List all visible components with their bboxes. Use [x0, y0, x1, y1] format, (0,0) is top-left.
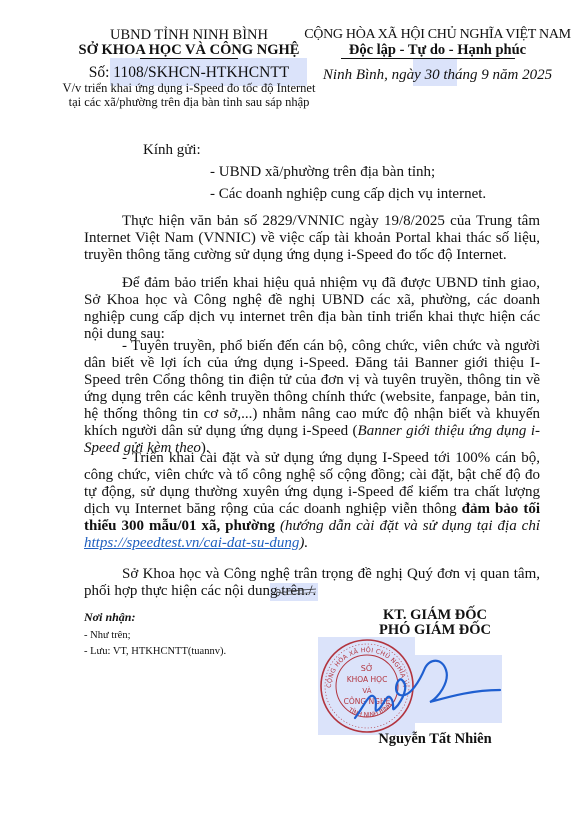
- date-day: 30: [425, 67, 440, 83]
- document-subject: V/v triển khai ứng dụng i-Speed đo tốc đ…: [60, 81, 318, 109]
- signature-icon: [350, 650, 510, 730]
- signer-name: Nguyễn Tất Nhiên: [300, 731, 570, 748]
- body-paragraph: - Triển khai cài đặt và sử dụng ứng dụng…: [84, 450, 540, 552]
- recipient-item: - UBND xã/phường trên địa bàn tỉnh;: [210, 163, 435, 181]
- agency-underline: [140, 58, 238, 59]
- number-value: 1108: [113, 64, 143, 81]
- signer-subtitle: PHÓ GIÁM ĐỐC: [300, 622, 570, 638]
- recipient-item: - Các doanh nghiệp cung cấp dịch vụ inte…: [210, 185, 486, 203]
- place-date: Ninh Bình, ngày 30 tháng 9 năm 2025: [300, 66, 575, 84]
- number-label: Số:: [89, 64, 110, 81]
- number-suffix: /SKHCN-HTKHCNTT: [144, 64, 290, 81]
- national-title: CỘNG HÒA XÃ HỘI CHỦ NGHĨA VIỆT NAM: [300, 27, 575, 43]
- agency-parent: UBND TỈNH NINH BÌNH: [60, 27, 318, 43]
- speedtest-link[interactable]: https://speedtest.vn/cai-dat-su-dung: [84, 535, 299, 551]
- agency-name: SỞ KHOA HỌC VÀ CÔNG NGHỆ: [60, 42, 318, 58]
- initial-signature-icon: [272, 585, 318, 599]
- body-paragraph: - Tuyên truyền, phổ biến đến cán bộ, côn…: [84, 338, 540, 457]
- national-motto: Độc lập - Tự do - Hạnh phúc: [300, 42, 575, 58]
- motto-underline: [341, 58, 515, 59]
- recipients-list-item: - Như trên;: [84, 630, 131, 641]
- document-number: Số: 1108/SKHCN-HTKHCNTT: [60, 64, 318, 82]
- body-paragraph: Thực hiện văn bản số 2829/VNNIC ngày 19/…: [84, 213, 540, 264]
- recipients-list-item: - Lưu: VT, HTKHCNTT(tuannv).: [84, 646, 226, 657]
- signer-title: KT. GIÁM ĐỐC: [300, 607, 570, 623]
- body-paragraph: Để đảm bảo triển khai hiệu quả nhiệm vụ …: [84, 275, 540, 343]
- salutation: Kính gửi:: [143, 141, 201, 159]
- recipients-list-title: Nơi nhận:: [84, 610, 135, 625]
